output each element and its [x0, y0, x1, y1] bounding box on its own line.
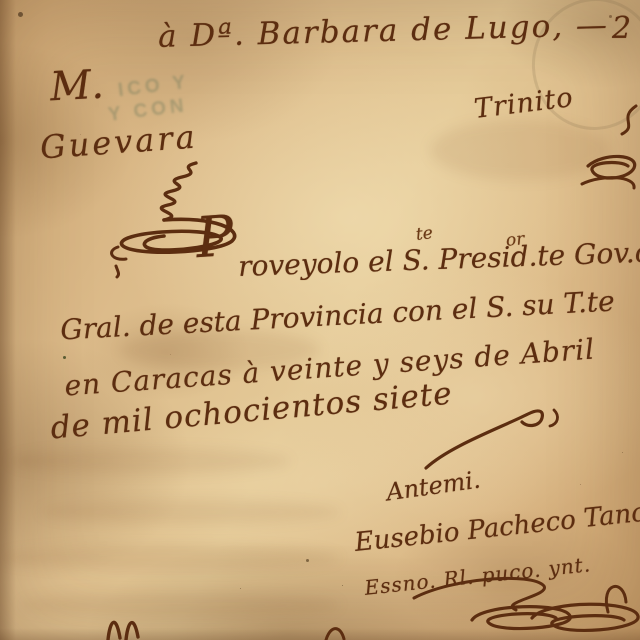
bleedthrough-streak — [0, 545, 340, 571]
side-note-rubric-flourish — [578, 104, 640, 194]
superscript-or: or — [505, 231, 525, 250]
superscript-te: te — [415, 225, 434, 244]
ink-specks — [18, 12, 23, 17]
page-mark: 2 — [612, 14, 631, 44]
date-line-flourish — [420, 398, 570, 473]
cutoff-line-strokes — [320, 612, 350, 640]
cutoff-line-strokes — [96, 612, 176, 640]
bleedthrough-streak — [10, 448, 290, 474]
manuscript-page: ICO Y Y CON à Dª. Barbara de Lugo, — 2 M… — [0, 0, 640, 640]
notary-signature: Eusebio Pacheco Tanco — [353, 498, 640, 556]
page-edge-shadow — [0, 0, 16, 640]
ante-mi-line: Antemi. — [385, 468, 482, 505]
bleedthrough-streak — [40, 500, 340, 524]
margin-signature-guevara: Guevara — [39, 121, 198, 164]
notary-rubric-flourish — [412, 572, 640, 640]
bleedthrough-streak — [20, 592, 340, 618]
body-drop-cap: P — [194, 209, 236, 267]
margin-initial: M. — [49, 65, 105, 108]
